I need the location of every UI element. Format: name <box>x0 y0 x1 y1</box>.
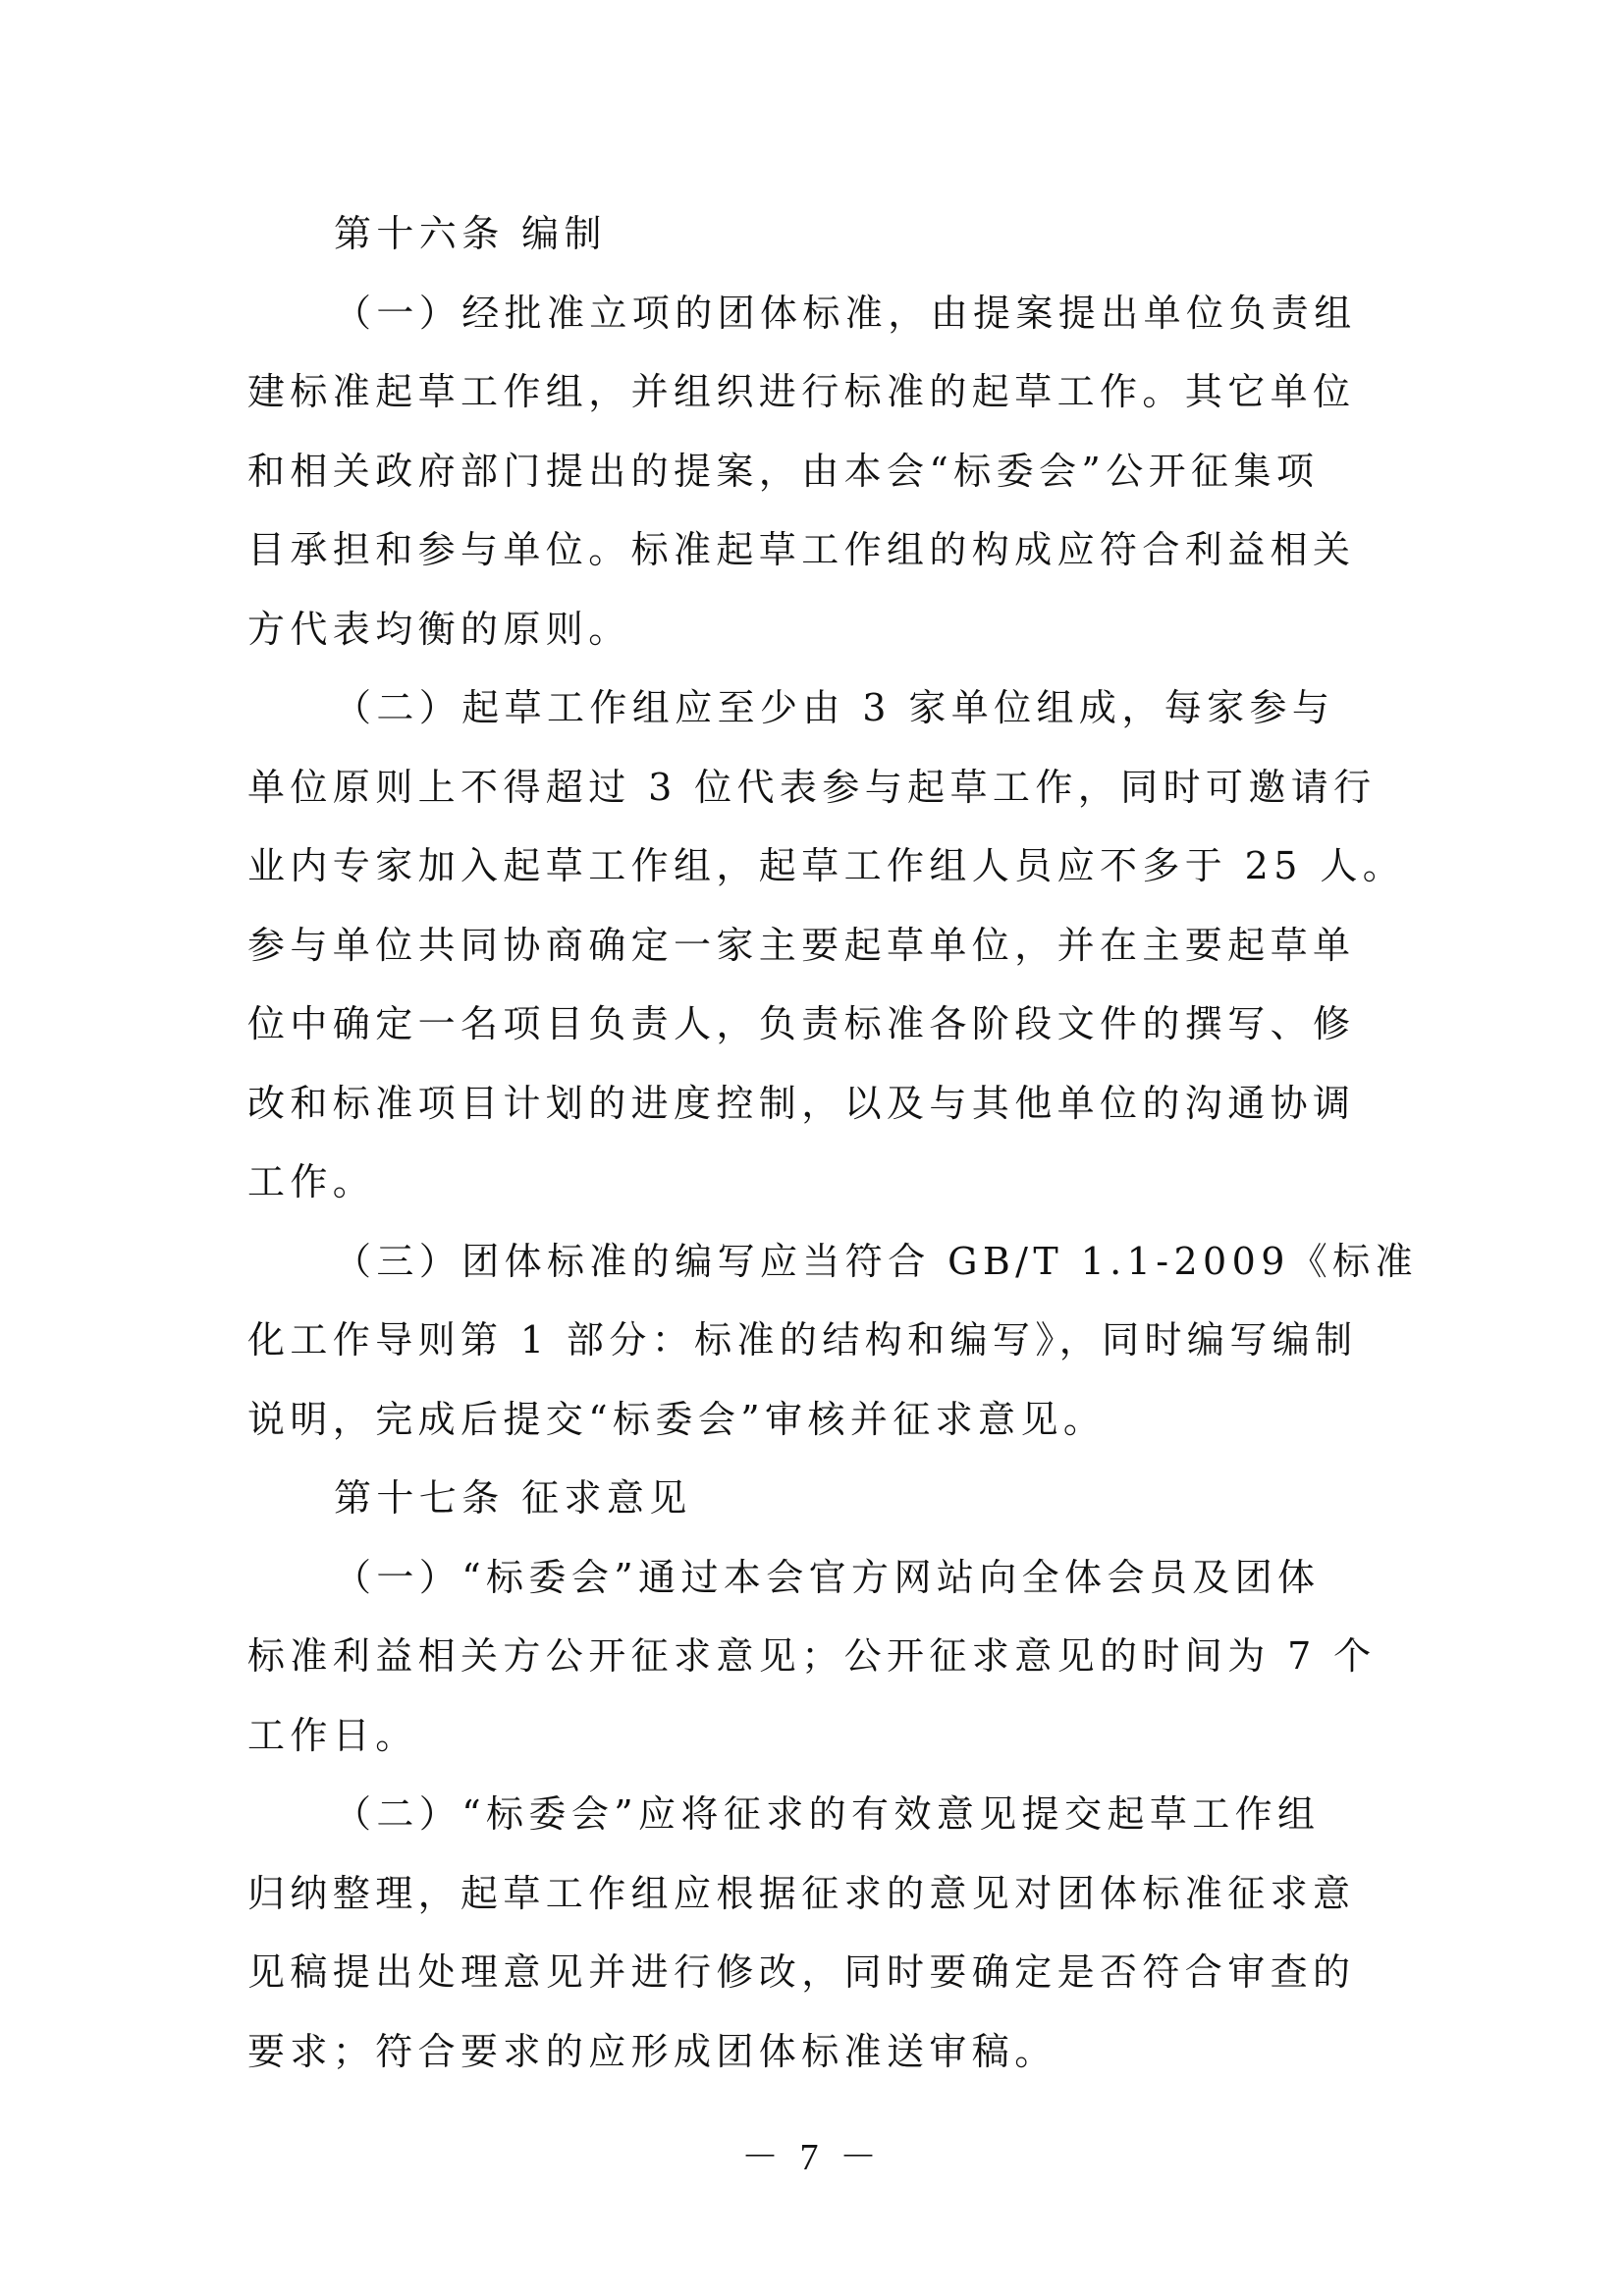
document-body: 第十六条 编制 （一）经批准立项的团体标准，由提案提出单位负责组 建标准起草工作… <box>247 204 1377 2101</box>
article-17-paragraph-1: （一）“标委会”通过本会官方网站向全体会员及团体 标准利益相关方公开征求意见；公… <box>247 1548 1377 1786</box>
text-line: 建标准起草工作组，并组织进行标准的起草工作。其它单位 <box>247 362 1377 442</box>
article-16-paragraph-1: （一）经批准立项的团体标准，由提案提出单位负责组 建标准起草工作组，并组织进行标… <box>247 284 1377 679</box>
article-16-heading: 第十六条 编制 <box>247 204 1377 284</box>
text-line: 工作。 <box>247 1152 1377 1232</box>
text-line: 改和标准项目计划的进度控制，以及与其他单位的沟通协调 <box>247 1074 1377 1153</box>
text-line: 化工作导则第 1 部分：标准的结构和编写》，同时编写编制 <box>247 1310 1377 1390</box>
article-16-paragraph-2: （二）起草工作组应至少由 3 家单位组成，每家参与 单位原则上不得超过 3 位代… <box>247 678 1377 1232</box>
text-line: 单位原则上不得超过 3 位代表参与起草工作，同时可邀请行 <box>247 758 1377 837</box>
article-16-paragraph-3: （三）团体标准的编写应当符合 GB/T 1.1-2009《标准 化工作导则第 1… <box>247 1232 1377 1469</box>
text-line: 目承担和参与单位。标准起草工作组的构成应符合利益相关 <box>247 520 1377 600</box>
text-line: 参与单位共同协商确定一家主要起草单位，并在主要起草单 <box>247 916 1377 995</box>
article-17-paragraph-2: （二）“标委会”应将征求的有效意见提交起草工作组 归纳整理，起草工作组应根据征求… <box>247 1785 1377 2101</box>
text-line: 工作日。 <box>247 1706 1377 1786</box>
text-line: 位中确定一名项目负责人，负责标准各阶段文件的撰写、修 <box>247 994 1377 1074</box>
document-page: 第十六条 编制 （一）经批准立项的团体标准，由提案提出单位负责组 建标准起草工作… <box>0 0 1624 2296</box>
text-line: （三）团体标准的编写应当符合 GB/T 1.1-2009《标准 <box>247 1232 1377 1311</box>
text-line: （一）“标委会”通过本会官方网站向全体会员及团体 <box>247 1548 1377 1628</box>
page-number: － 7 － <box>0 2126 1624 2180</box>
text-line: 说明，完成后提交“标委会”审核并征求意见。 <box>247 1390 1377 1469</box>
text-line: 要求；符合要求的应形成团体标准送审稿。 <box>247 2022 1377 2102</box>
text-line: 方代表均衡的原则。 <box>247 600 1377 679</box>
text-line: 业内专家加入起草工作组，起草工作组人员应不多于 25 人。 <box>247 836 1377 916</box>
text-line: （二）起草工作组应至少由 3 家单位组成，每家参与 <box>247 678 1377 758</box>
text-line: （二）“标委会”应将征求的有效意见提交起草工作组 <box>247 1785 1377 1864</box>
text-line: 标准利益相关方公开征求意见；公开征求意见的时间为 7 个 <box>247 1627 1377 1706</box>
text-line: 归纳整理，起草工作组应根据征求的意见对团体标准征求意 <box>247 1864 1377 1944</box>
text-line: 和相关政府部门提出的提案，由本会“标委会”公开征集项 <box>247 442 1377 521</box>
text-line: （一）经批准立项的团体标准，由提案提出单位负责组 <box>247 284 1377 363</box>
article-17-heading: 第十七条 征求意见 <box>247 1468 1377 1548</box>
text-line: 见稿提出处理意见并进行修改，同时要确定是否符合审查的 <box>247 1943 1377 2022</box>
